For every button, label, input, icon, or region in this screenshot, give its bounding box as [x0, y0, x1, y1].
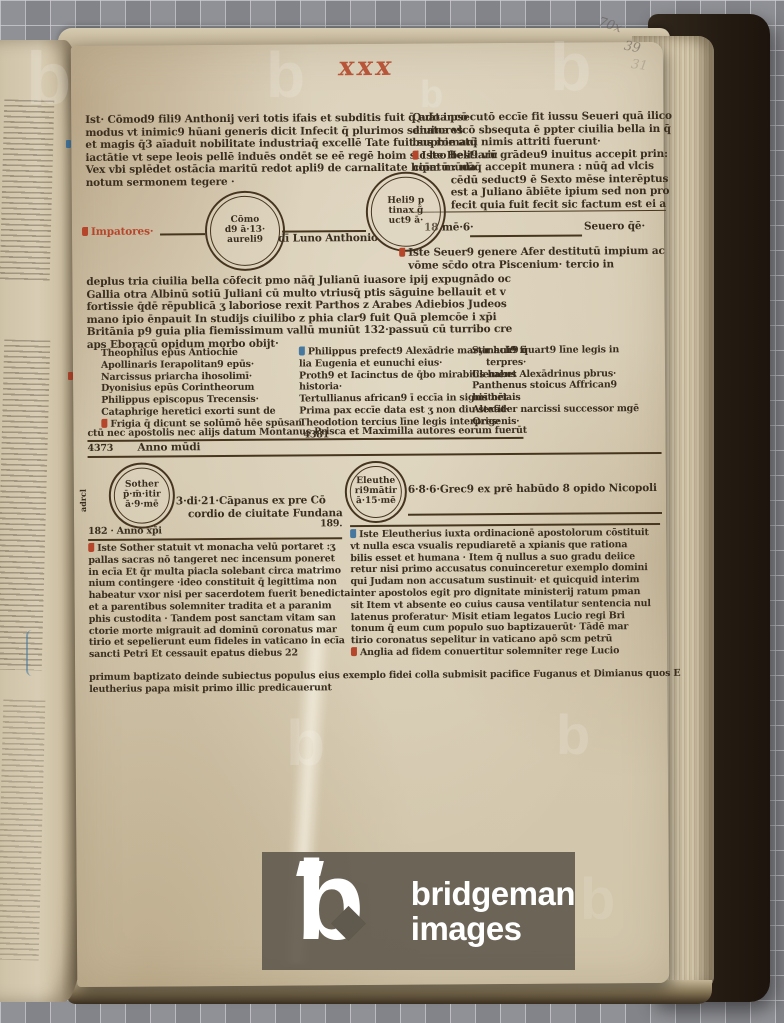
- paragraph-mark-blue-icon: [299, 346, 305, 355]
- text-line: est a Juliano ābiēte ipium sed non pro: [413, 185, 673, 199]
- text-line: Iste Heli9 vir grādeu9 inuitus accepit p…: [421, 147, 667, 161]
- paragraph-mark-red-icon: [101, 419, 107, 428]
- roundel-text: Eleuthe: [356, 477, 395, 487]
- roundel-commodus: Cōmo d9 ā·13· aureli9: [205, 191, 286, 272]
- bridgeman-logo-icon: b: [296, 859, 385, 963]
- text-line: Iste Sother statuit vt monacha velū port…: [97, 541, 335, 554]
- names-column-left: Theophilus epūs Antiochie Apollinaris Ie…: [101, 346, 302, 430]
- list-item: Symach9 quart9 līne legis in: [472, 344, 639, 357]
- watermark-tile-b: b: [550, 28, 592, 106]
- text-line: sancti Petri Et cessauit epatus diebus 2…: [89, 647, 351, 661]
- anno-xpi-left-label: 182 · Anno xp̄i: [88, 525, 162, 537]
- emperors-label-text: Impatores·: [91, 226, 153, 238]
- roundel-text: Sother: [125, 481, 159, 491]
- roundel-eleutherius: Eleuthe ri9mātir ā·15·mē: [345, 461, 407, 523]
- anno-mundi-left-number: 4373: [87, 443, 113, 455]
- roundel-text: p̄·m̄·itir: [123, 491, 161, 501]
- anno-mundi-label: Anno mūdi: [137, 441, 200, 454]
- text-line: cordio de ciuitate Fundana: [176, 507, 343, 521]
- roundel-text: ri9mātir: [355, 487, 397, 497]
- roundel-text: d9 ā·13·: [225, 226, 265, 236]
- paragraph-pertinax: Quāta psecutō eccīe fit iussu Seueri quā…: [412, 110, 672, 213]
- bridgeman-watermark: b bridgeman images: [262, 852, 575, 970]
- text-line: Quāta psecutō eccīe fit iussu Seueri quā…: [412, 110, 672, 124]
- roundel-sother: Sother p̄·m̄·itir ā·9·mē: [109, 462, 175, 528]
- pencil-mark: 31: [630, 57, 648, 74]
- paragraph-eleutherius: Iste Eleutherius iuxta ordinacionē apost…: [350, 527, 651, 659]
- section-rule: [408, 512, 662, 515]
- roundel-pertinax: Heli9 p tinax g̃ uct9 ā·: [366, 171, 447, 252]
- paragraph-mark-red-icon: [399, 248, 405, 257]
- text-line: 3·di·21·Cāpanus ex pre Cō: [176, 494, 343, 508]
- bridgeman-wordmark-line2: images: [411, 911, 575, 946]
- paragraph-mark-red-icon: [412, 150, 418, 159]
- manuscript-page: xxx Ist· Cōmod9 fili9 Anthonij veri toti…: [71, 42, 670, 987]
- photo-of-manuscript: { "folio": "xxx", "pencil": ["70x", "39"…: [0, 0, 784, 1023]
- eleutherius-caption: 6·8·6·Grec9 ex prē habūdo 8 opido Nicopo…: [408, 482, 657, 496]
- paragraph-mark-red-icon: [88, 543, 94, 552]
- roundel-text: tinax g̃: [388, 207, 423, 217]
- pencil-mark: 39: [623, 39, 642, 57]
- roundel-text: Cōmo: [231, 216, 260, 226]
- text-line: Iste Eleutherius iuxta ordinacionē apost…: [359, 527, 649, 540]
- commodus-link-label: dī Luno Anthonio: [278, 232, 378, 245]
- watermark-tile-b: b: [266, 38, 305, 112]
- watermark-tile-b: b: [556, 702, 590, 767]
- bridgeman-wordmark-line1: bridgeman: [411, 876, 575, 911]
- text-line: vōme sc̄do otra Piscenium· tercio in: [399, 257, 665, 271]
- text-line: Iste Seuer9 genere Afer destitutū impium…: [399, 245, 665, 259]
- section-rule: [350, 523, 660, 527]
- list-item: Alexāder narcissi successor mgē: [472, 403, 639, 416]
- paragraph-mark-red-icon: [351, 647, 357, 656]
- text-line: Iste Seuer9 genere Afer destitutū impium…: [408, 245, 665, 259]
- text-line: fecit quia fuit fecit sic factum est ei …: [413, 197, 666, 212]
- emperors-label: Impatores·: [82, 226, 153, 239]
- watermark-tile-b: b: [286, 706, 325, 780]
- anno-xpi-right-number: 189.: [320, 518, 342, 530]
- text-line: diuina vlcō sbsequta ē ppter ciuilia bel…: [412, 122, 672, 136]
- timeline-rule: [470, 235, 582, 237]
- bridgeman-logo-flag: [296, 861, 324, 876]
- text-line: Anglia ad fidem conuertitur solemniter r…: [360, 645, 619, 658]
- list-item: Panthenus stoicus Affrican9: [472, 380, 639, 393]
- facing-page-text-block: [0, 99, 54, 280]
- watermark-tile-b: b: [580, 866, 615, 933]
- text-line: cipatū : nūq̄ accepit munera : nūq̄ ad v…: [413, 160, 673, 174]
- roundel-text: ā·9·mē: [125, 500, 159, 510]
- timeline-rule: [160, 233, 205, 235]
- paragraph-severus-start: Iste Seuer9 genere Afer destitutū impium…: [399, 245, 665, 272]
- paragraph-sother: Iste Sother statuit vt monacha velū port…: [88, 541, 351, 661]
- text-line: tirio et sepelierunt eum fideles in vati…: [89, 636, 351, 650]
- sother-caption: 3·di·21·Cāpanus ex pre Cō cordio de ciui…: [176, 494, 343, 520]
- folio-numeral-red: xxx: [337, 52, 397, 82]
- watermark-tile-b: b: [26, 36, 71, 121]
- paragraph-anglia-end: primum baptizato deinde subiectus populu…: [89, 668, 680, 696]
- facing-page-blue-mark: [66, 140, 71, 148]
- names-column-right: Symach9 quart9 līne legis in terpres· Cl…: [472, 344, 639, 428]
- text-line: Anglia ad fidem conuertitur solemniter r…: [351, 645, 651, 659]
- paragraph-mark-red-icon: [82, 227, 88, 236]
- margin-note-vertical: adrcl: [78, 489, 88, 512]
- facing-page-text-block: [0, 339, 50, 670]
- facing-page-blue-squiggle: [26, 630, 38, 676]
- roundel-text: aureli9: [227, 236, 263, 246]
- section-rule: [88, 537, 342, 540]
- roundel-text: uct9 ā·: [389, 217, 424, 227]
- bridgeman-wordmark: bridgeman images: [411, 876, 575, 946]
- watermark-tile-b: b: [420, 74, 443, 117]
- facing-page-text-block: [0, 699, 45, 960]
- paragraph-severus-full: deplus tria ciuilia bella cōfecit pmo nā…: [86, 273, 512, 351]
- bridgeman-logo-letter: b: [296, 841, 364, 961]
- roundel-text: Heli9 p: [387, 197, 424, 207]
- anno-mundi-right-number: 4381: [303, 429, 329, 441]
- paragraph-mark-blue-icon: [350, 529, 356, 538]
- roundel-text: ā·15·mē: [356, 497, 396, 507]
- severus-next-label: Seuero q̄ē·: [584, 220, 645, 233]
